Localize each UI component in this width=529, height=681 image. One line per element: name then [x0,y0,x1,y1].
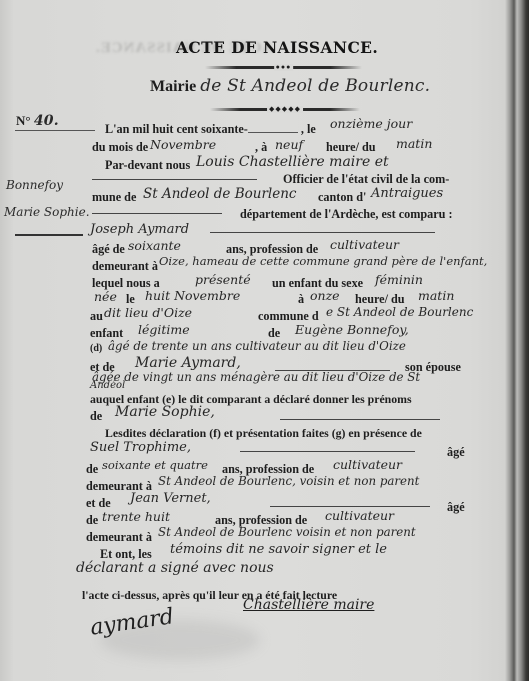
text-line: âgé [447,500,465,515]
text-line: demeurant à [86,530,152,545]
margin-rule [15,234,83,236]
hand-witness1-name: Suel Trophime, [90,440,191,455]
text-line: âgé de [92,242,125,257]
document-title: ACTE DE NAISSANCE. [176,38,378,57]
text-line: département de l'Ardèche, est comparu : [240,207,453,222]
margin-given-names: Marie Sophie. [4,205,90,219]
hand-sex: féminin [375,272,423,287]
text-line: de [86,462,98,477]
text-line: (d) [90,343,102,354]
birth-record-page: ACTE DE NAISSANCE. ACTE DE NAISSANCE. ●●… [0,0,529,681]
hand-witness2-profession: cultivateur [325,508,394,523]
hand-mother-name: Marie Aymard, [135,355,241,371]
hand-canton: Antraigues [371,186,443,201]
text-line: mune de [92,190,136,205]
hand-mother-details: âgée de vingt un ans ménagère au dit lie… [92,370,420,384]
hand-witness2-residence: St Andeol de Bourlenc voisin et non pare… [158,525,416,539]
hand-birth-date: huit Novembre [145,288,240,303]
hand-witness1-profession: cultivateur [333,457,402,472]
signature-mayor: Chastellière maire [243,597,374,613]
text-line: L'an mil huit cent soixante- , le [105,122,316,137]
text-line: , à [255,140,267,155]
hand-witness2-age: trente huit [102,509,170,524]
text-line: canton d' [318,190,366,205]
blank-rule [280,419,440,420]
hand-officer: Louis Chastellière maire et [196,154,389,170]
hand-period: matin [396,136,432,151]
hand-signature-clause-cont: déclarant a signé avec nous [76,560,274,576]
hand-hour: neuf [275,137,303,152]
hand-witness1-residence: St Andeol de Bourlenc, voisin et non par… [158,474,419,488]
hand-birth-hour: onze [310,288,340,303]
hand-birth-place: dit lieu d'Oize [104,305,192,320]
hand-declarant: Joseph Aymard [90,222,189,237]
hand-birth-period: matin [418,288,454,303]
blank-rule [92,179,257,180]
blank-rule [210,232,435,233]
blank-rule [270,506,430,507]
margin-rule [15,130,95,131]
margin-surname: Bonnefoy [6,178,63,192]
mairie-heading: Mairie de St Andeol de Bourlenc. [150,76,430,96]
hand-father-details: âgé de trente un ans cultivateur au dit … [108,339,406,353]
text-line: Officier de l'état civil de la com- [283,172,449,187]
hand-month: Novembre [150,137,216,152]
blank-rule [240,451,415,452]
mairie-commune: de St Andeol de Bourlenc. [200,76,430,96]
hand-father-name: Eugène Bonnefoy, [295,322,409,337]
text-line: heure/ du [326,140,376,155]
mairie-label: Mairie [150,78,196,95]
hand-legitimacy: légitime [138,322,190,337]
hand-declarant-age: soixante [128,238,181,253]
hand-presented: présenté [195,272,251,287]
record-number-label: N° [16,113,31,128]
hand-birth-commune: e St Andeol de Bourlenc [326,305,473,319]
hand-mother-details-cont: Andéol [90,380,125,391]
text-line: demeurant à [92,259,158,274]
title-ornament-divider: ●●● [205,66,362,69]
text-line: à [298,292,304,307]
hand-commune: St Andeol de Bourlenc [143,186,296,202]
hand-witness1-age: soixante et quatre [102,458,208,472]
hand-signature-clause: témoins dit ne savoir signer et le [170,542,387,557]
hand-declarant-profession: cultivateur [330,237,399,252]
text-line: Par-devant nous [105,158,190,173]
text-line: Lesdites déclaration (f) et présentation… [105,426,422,441]
hand-witness2-name: Jean Vernet, [130,491,211,506]
record-number: N° 40. [16,113,59,129]
hand-born: née [94,289,117,304]
text-line: de [86,513,98,528]
text-line: au [90,309,103,324]
hand-child-name: Marie Sophie, [115,404,215,420]
hand-day: onzième jour [330,116,412,131]
text-line: du mois de [92,140,148,155]
mairie-ornament-divider: ◆◆◆◆◆ [210,108,360,111]
blank-rule [92,213,222,214]
record-number-value: 40. [34,113,59,129]
text-line: de [90,409,102,424]
text-line: âgé [447,445,465,460]
hand-declarant-residence: Oize, hameau de cette commune grand père… [159,254,487,268]
